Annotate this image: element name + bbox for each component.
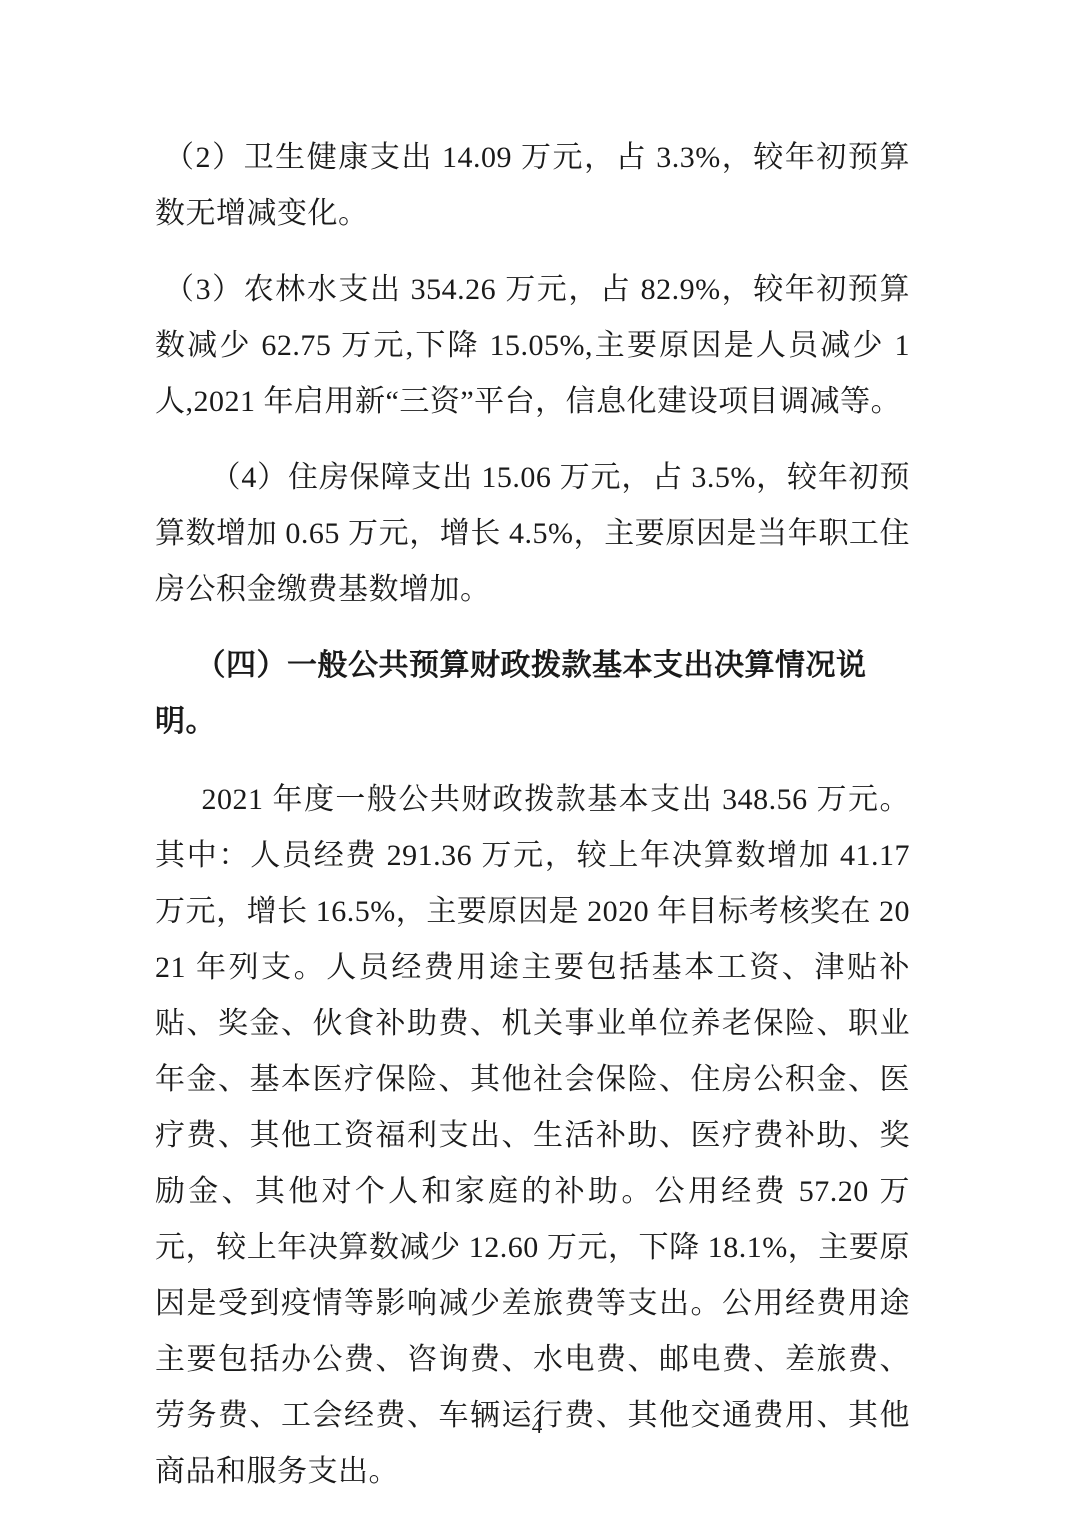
paragraph-health-expenditure: （2）卫生健康支出 14.09 万元，占 3.3%，较年初预算数无增减变化。	[155, 130, 910, 242]
section-heading-basic-expenditure: （四）一般公共预算财政拨款基本支出决算情况说明。	[155, 638, 910, 750]
paragraph-housing-security-expenditure: （4）住房保障支出 15.06 万元，占 3.5%，较年初预算数增加 0.65 …	[155, 450, 910, 618]
page-number: 4	[0, 1414, 1074, 1438]
document-page: （2）卫生健康支出 14.09 万元，占 3.3%，较年初预算数无增减变化。 （…	[0, 0, 1074, 1520]
paragraph-basic-expenditure-details: 2021 年度一般公共财政拨款基本支出 348.56 万元。其中：人员经费 29…	[155, 772, 910, 1500]
paragraph-agriculture-forestry-water-expenditure: （3）农林水支出 354.26 万元，占 82.9%，较年初预算数减少 62.7…	[155, 262, 910, 430]
document-content: （2）卫生健康支出 14.09 万元，占 3.3%，较年初预算数无增减变化。 （…	[155, 130, 910, 1520]
